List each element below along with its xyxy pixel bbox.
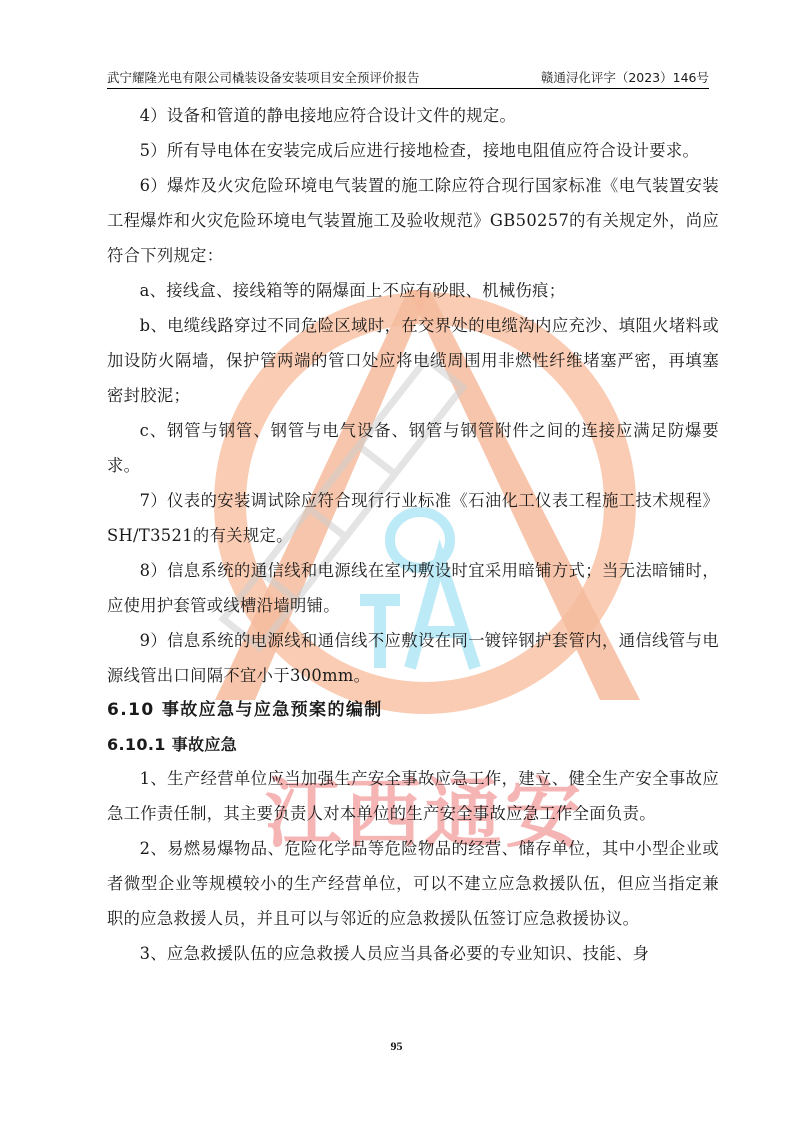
paragraph-point-3: 3、应急救援队伍的应急救援人员应当具备必要的专业知识、技能、身: [107, 936, 719, 971]
paragraph-item-6: 6）爆炸及火灾危险环境电气装置的施工除应符合现行国家标准《电气装置安装工程爆炸和…: [107, 168, 719, 273]
paragraph-point-1: 1、生产经营单位应当加强生产安全事故应急工作，建立、健全生产安全事故应急工作责任…: [107, 761, 719, 831]
paragraph-sub-a: a、接线盒、接线箱等的隔爆面上不应有砂眼、机械伤痕；: [107, 273, 719, 308]
page-number: 95: [0, 1039, 793, 1054]
paragraph-item-5: 5）所有导电体在安装完成后应进行接地检查，接地电阻值应符合设计要求。: [107, 133, 719, 168]
document-body: 4）设备和管道的静电接地应符合设计文件的规定。 5）所有导电体在安装完成后应进行…: [107, 98, 719, 971]
paragraph-item-8: 8）信息系统的通信线和电源线在室内敷设时宜采用暗铺方式；当无法暗铺时，应使用护套…: [107, 553, 719, 623]
paragraph-item-9: 9）信息系统的电源线和通信线不应敷设在同一镀锌钢护套管内，通信线管与电源线管出口…: [107, 623, 719, 693]
paragraph-item-4: 4）设备和管道的静电接地应符合设计文件的规定。: [107, 98, 719, 133]
document-number: 赣通浔化评字（2023）146号: [541, 70, 709, 86]
paragraph-point-2: 2、易燃易爆物品、危险化学品等危险物品的经营、储存单位，其中小型企业或者微型企业…: [107, 831, 719, 936]
report-title: 武宁耀隆光电有限公司橇装设备安装项目安全预评价报告: [107, 70, 420, 86]
document-page: 江西通安 武宁耀隆光电有限公司橇装设备安装项目安全预评价报告 赣通浔化评字（20…: [0, 0, 793, 1122]
subsection-heading: 6.10.1 事故应急: [107, 728, 719, 761]
section-heading: 6.10 事故应急与应急预案的编制: [107, 693, 719, 728]
paragraph-item-7: 7）仪表的安装调试除应符合现行行业标准《石油化工仪表工程施工技术规程》SH/T3…: [107, 483, 719, 553]
paragraph-sub-b: b、电缆线路穿过不同危险区域时，在交界处的电缆沟内应充沙、填阻火堵料或加设防火隔…: [107, 308, 719, 413]
paragraph-sub-c: c、钢管与钢管、钢管与电气设备、钢管与钢管附件之间的连接应满足防爆要求。: [107, 413, 719, 483]
page-header: 武宁耀隆光电有限公司橇装设备安装项目安全预评价报告 赣通浔化评字（2023）14…: [107, 70, 709, 89]
